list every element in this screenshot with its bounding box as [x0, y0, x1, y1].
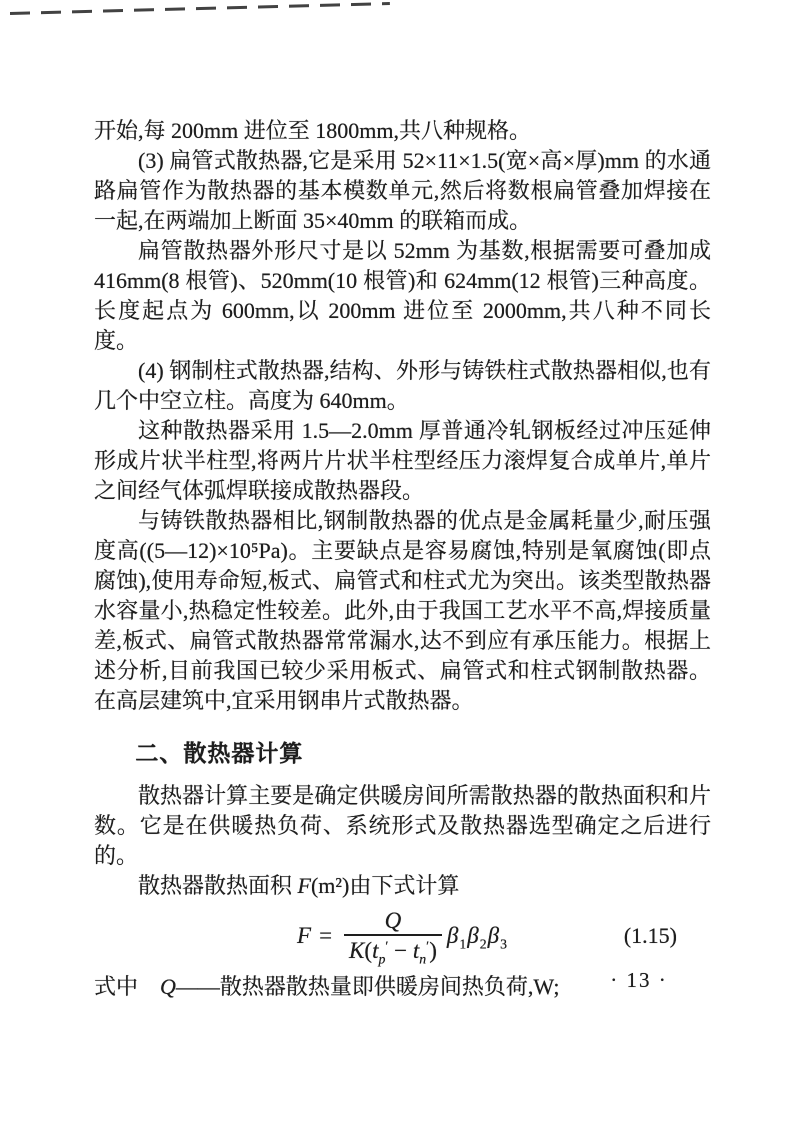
formula-intro-pre: 散热器散热面积 — [138, 873, 298, 898]
section-heading: 二、散热器计算 — [94, 738, 711, 768]
equation-lhs: F — [297, 921, 311, 951]
variable-F: F — [298, 873, 311, 898]
fraction-numerator: Q — [379, 907, 408, 934]
page-number: · 13 · — [596, 968, 682, 993]
formula-intro-line: 散热器散热面积 F(m²)由下式计算 — [94, 871, 711, 901]
fraction-denominator: K(tp′ − tn′) — [344, 934, 442, 965]
where-definition: ——散热器散热量即供暖房间热负荷,W; — [176, 974, 560, 999]
paragraph-radiator-calculation: 散热器计算主要是确定供暖房间所需散热器的散热面积和片数。它是在供暖热负荷、系统形… — [94, 781, 711, 871]
paragraph-steel-plate-process: 这种散热器采用 1.5—2.0mm 厚普通冷轧钢板经过冲压延伸形成片状半柱型,将… — [94, 416, 711, 506]
paragraph-flat-tube-dimensions: 扁管散热器外形尺寸是以 52mm 为基数,根据需要可叠加成 416mm(8 根管… — [94, 236, 711, 356]
page-edge-dashed-line — [10, 2, 390, 15]
equation-1-15: F=QK(tp′ − tn′)β1β2β3 (1.15) — [94, 905, 711, 967]
formula-intro-post: (m²)由下式计算 — [311, 873, 459, 898]
text-column: 开始,每 200mm 进位至 1800mm,共八种规格。 (3) 扁管式散热器,… — [94, 116, 711, 1002]
paragraph-continuation: 开始,每 200mm 进位至 1800mm,共八种规格。 — [94, 116, 711, 146]
equals-sign: = — [319, 921, 332, 951]
equation-number: (1.15) — [624, 921, 677, 951]
beta-coefficients: β1β2β3 — [447, 921, 508, 951]
where-label: 式中 — [94, 974, 160, 999]
paragraph-flat-tube-radiator: (3) 扁管式散热器,它是采用 52×11×1.5(宽×高×厚)mm 的水通路扁… — [94, 146, 711, 236]
variable-Q: Q — [160, 974, 176, 999]
paragraph-steel-vs-cast-iron: 与铸铁散热器相比,钢制散热器的优点是金属耗量少,耐压强度高((5—12)×10⁵… — [94, 506, 711, 716]
scanned-book-page: { "doc": { "paragraphs": [ { "text": "开始… — [0, 0, 793, 1121]
fraction: QK(tp′ − tn′) — [344, 907, 442, 965]
paragraph-steel-column-radiator: (4) 钢制柱式散热器,结构、外形与铸铁柱式散热器相似,也有几个中空立柱。高度为… — [94, 356, 711, 416]
